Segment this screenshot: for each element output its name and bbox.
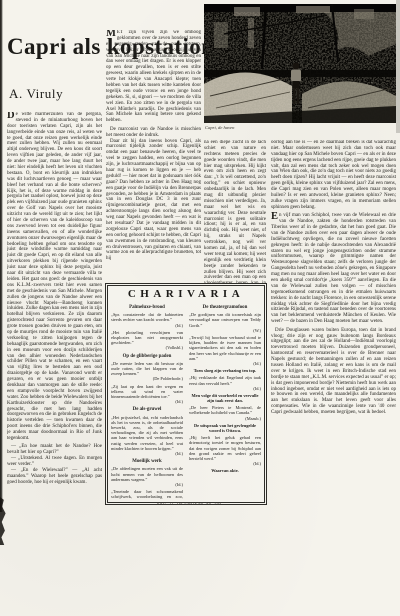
charivaria-subheading: De als-gruwel (111, 407, 183, 413)
charivaria-quote: „Hij heeft het geluk gehad een driemotor… (189, 435, 261, 466)
column-4-paragraph: n vijf man van Schiphol, twee van de Wie… (271, 213, 396, 324)
charivaria-center-line: Men volge dit voorbeeld en vervulle zijn… (189, 393, 261, 403)
charivaria-quote: „De heer Pieters te Montreal, de welbeke… (189, 405, 261, 421)
charivaria-quote: „Zij laat op den kant der wegen en telke… (111, 384, 183, 405)
quote-source: (De Polderbode.) (111, 376, 183, 381)
harbour-photo-art (204, 4, 396, 123)
charivaria-left-column: Palmeluxe-brood „Spr. constateerde dat d… (111, 302, 183, 500)
charivaria-quote: „Het plotseling verschijnen van eksplozi… (111, 330, 183, 351)
ink-smudge (0, 497, 7, 545)
charivaria-quote: „Terwijl hij hoorbaar verbaasd stond te … (189, 335, 261, 366)
charivaria-quote: „De gordijnen van dit tooneelstuk zijn v… (189, 312, 261, 333)
article-column-3: na een diepe zucht in de lach schiet en … (204, 140, 266, 283)
article-column-1: De witte marmerzuilen van de pergola, st… (7, 112, 102, 506)
column-2-paragraph: Daar zit hij dan ineens boven Capri, als… (106, 139, 201, 263)
charivaria-center-line: Waarvan akte. (189, 468, 261, 473)
page-edge (396, 0, 400, 133)
article-column-2: MET zijn vijven zijn we omhoog geklommen… (106, 30, 201, 283)
charivaria-quote: „Teneinde daar het schoonmakend schrijfw… (111, 489, 183, 500)
charivaria-center-line: De uitspraak van het gevleugelde woord i… (189, 423, 261, 433)
charivaria-title: CHARIVARIA (111, 288, 261, 300)
quote-source: (Id.) (111, 451, 183, 456)
quote-source: (Id.) (189, 461, 261, 466)
magazine-page: Capri als kopstation A. Viruly (0, 0, 400, 616)
article-column-4: oorlog aan toe is — en ze daarmaal breke… (271, 140, 396, 506)
author-name: A. Viruly (9, 86, 63, 102)
charivaria-box: CHARIVARIA Palmeluxe-brood „Spr. constat… (105, 283, 267, 505)
column-2-paragraph: De marconist van de Nandoe is misschien … (106, 127, 201, 139)
column-4-text: oorlog aan toe is — en ze daarmaal breke… (271, 140, 396, 211)
charivaria-subheading: Palmeluxe-brood (111, 305, 183, 311)
charivaria-right-column: De theatergramofoon „De gordijnen van di… (189, 302, 261, 500)
charivaria-quote: „De afdeelingen moeten een vak uit de lu… (111, 466, 183, 487)
charivaria-quote: „Het prijsstelsel, dat, echt vaderlandsc… (111, 415, 183, 457)
charivaria-subheading: De theatergramofoon (189, 305, 261, 311)
charivaria-subheading: Moeilijk werk (111, 459, 183, 465)
charivaria-quote: „Spr. constateerde dat de kabinetten ste… (111, 312, 183, 328)
dropcap-m: M (106, 30, 117, 38)
charivaria-quote: „De meeste leden van dit bestuur zijn ou… (111, 361, 183, 382)
quote-source: (Volksbl.) (111, 345, 183, 350)
capri-harbour-photo (204, 4, 396, 123)
dialogue-line: — „En hoe maakt het de Nandoe? Hoe beval… (7, 444, 102, 456)
column-4-paragraph: Drie Douglassen waren buiten Europa, toe… (271, 328, 396, 416)
column-1-text: e witte marmerzuilen van de pergola, ste… (7, 112, 102, 441)
quote-source: (W.) (189, 328, 261, 333)
quote-source: (Id.) (111, 482, 183, 487)
quote-source: (Id.) (189, 386, 261, 391)
column-2-text: ET zijn vijven zijn we omhoog geklommen … (106, 30, 201, 123)
quote-source: (Id.) (111, 323, 183, 328)
dropcap-d: D (7, 112, 16, 120)
dropcap-e: E (271, 213, 279, 221)
photo-caption: Capri, de haven (205, 125, 234, 130)
quote-source: (Maasb.) (189, 416, 261, 421)
column-3-text: na een diepe zucht in de lach schiet en … (204, 140, 266, 283)
dialogue-line: — „Uitstekend. Al twee dagen. En morgen … (7, 456, 102, 468)
quote-source: (Id.) (189, 361, 261, 366)
charivaria-subheading: Op de glibberige paden (111, 354, 183, 360)
page-footer: PAG. 11 DE GROENE No. 504 (157, 501, 222, 506)
dialogue-line: — „En de Wielewaal?” — „Al acht maanden.… (7, 468, 102, 486)
page-gutter-shadow (0, 0, 3, 512)
quote-source: (Id.) (111, 399, 183, 404)
charivaria-quote: „Hij verklaarde dat Engeland zijn taak e… (189, 375, 261, 391)
charivaria-center-line: Toen sloeg zijn verbazing ten top. (189, 368, 261, 373)
